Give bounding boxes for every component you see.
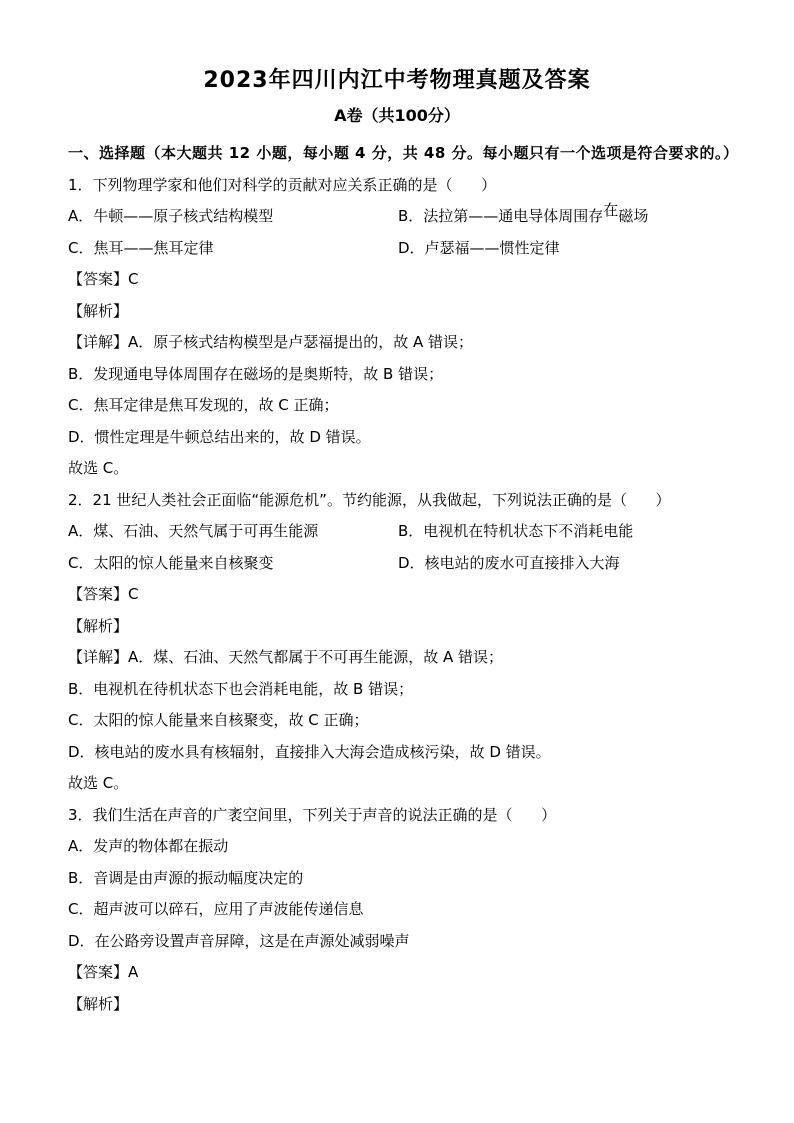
q1-detail-b: B．发现通电导体周围存在磁场的是奥斯特，故 B 错误； (68, 359, 758, 391)
q2-options-cd-right: D．核电站的废水可直接排入大海 (398, 548, 758, 580)
q2-options-ab: A．煤、石油、天然气属于可再生能源B．电视机在特机状态下不消耗电能 (68, 516, 758, 548)
q1-detail-a: 【详解】A．原子核式结构模型是卢瑟福提出的，故 A 错误； (68, 327, 758, 359)
q1-analysis-label: 【解析】 (68, 296, 758, 328)
q3-option-c: C．超声波可以碎石，应用了声波能传递信息 (68, 894, 758, 926)
exam-document-page: 2023年四川内江中考物理真题及答案 A卷（共100分） 一、选择题（本大题共 … (0, 0, 794, 1123)
document-body: 一、选择题（本大题共 12 小题，每小题 4 分，共 48 分。每小题只有一个选… (68, 138, 758, 1020)
right-option-text: B．法拉第——通电导体周围存 (398, 207, 603, 225)
q3-option-d: D．在公路旁设置声音屏障，这是在声源处减弱噪声 (68, 926, 758, 958)
q1-detail-c: C．焦耳定律是焦耳发现的，故 C 正确； (68, 390, 758, 422)
q1-options-ab-left: A．牛顿——原子核式结构模型 (68, 201, 398, 233)
q1-options-ab-right: B．法拉第——通电导体周围存在磁场 (398, 201, 758, 233)
raised-char: 在 (603, 201, 618, 219)
q2-stem: 2．21 世纪人类社会正面临“能源危机”。节约能源，从我做起，下列说法正确的是（… (68, 485, 758, 517)
q1-options-ab: A．牛顿——原子核式结构模型B．法拉第——通电导体周围存在磁场 (68, 201, 758, 233)
q3-option-b: B．音调是由声源的振动幅度决定的 (68, 863, 758, 895)
volume-heading: A卷（共100分） (0, 106, 794, 126)
q3-answer: 【答案】A (68, 957, 758, 989)
q3-analysis-label: 【解析】 (68, 989, 758, 1021)
q2-analysis-label: 【解析】 (68, 611, 758, 643)
q1-stem: 1．下列物理学家和他们对科学的贡献对应关系正确的是（ ） (68, 170, 758, 202)
q2-detail-b: B．电视机在待机状态下也会消耗电能，故 B 错误； (68, 674, 758, 706)
q2-options-ab-right: B．电视机在特机状态下不消耗电能 (398, 516, 758, 548)
q2-detail-a: 【详解】A．煤、石油、天然气都属于不可再生能源，故 A 错误； (68, 642, 758, 674)
q2-options-cd-left: C．太阳的惊人能量来自核聚变 (68, 548, 398, 580)
q1-options-cd-right: D．卢瑟福——惯性定律 (398, 233, 758, 265)
q3-option-a: A．发声的物体都在振动 (68, 831, 758, 863)
right-option-text: 磁场 (618, 207, 648, 225)
document-title: 2023年四川内江中考物理真题及答案 (0, 68, 794, 94)
q2-conclusion: 故选 C。 (68, 768, 758, 800)
q3-stem: 3．我们生活在声音的广袤空间里，下列关于声音的说法正确的是（ ） (68, 800, 758, 832)
q2-options-cd: C．太阳的惊人能量来自核聚变D．核电站的废水可直接排入大海 (68, 548, 758, 580)
q1-answer: 【答案】C (68, 264, 758, 296)
q1-conclusion: 故选 C。 (68, 453, 758, 485)
q2-options-ab-left: A．煤、石油、天然气属于可再生能源 (68, 516, 398, 548)
q1-detail-d: D．惯性定理是牛顿总结出来的，故 D 错误。 (68, 422, 758, 454)
section-heading: 一、选择题（本大题共 12 小题，每小题 4 分，共 48 分。每小题只有一个选… (68, 138, 758, 170)
q1-options-cd: C．焦耳——焦耳定律D．卢瑟福——惯性定律 (68, 233, 758, 265)
q2-detail-c: C．太阳的惊人能量来自核聚变，故 C 正确； (68, 705, 758, 737)
q1-options-cd-left: C．焦耳——焦耳定律 (68, 233, 398, 265)
q2-detail-d: D．核电站的废水具有核辐射，直接排入大海会造成核污染，故 D 错误。 (68, 737, 758, 769)
q2-answer: 【答案】C (68, 579, 758, 611)
